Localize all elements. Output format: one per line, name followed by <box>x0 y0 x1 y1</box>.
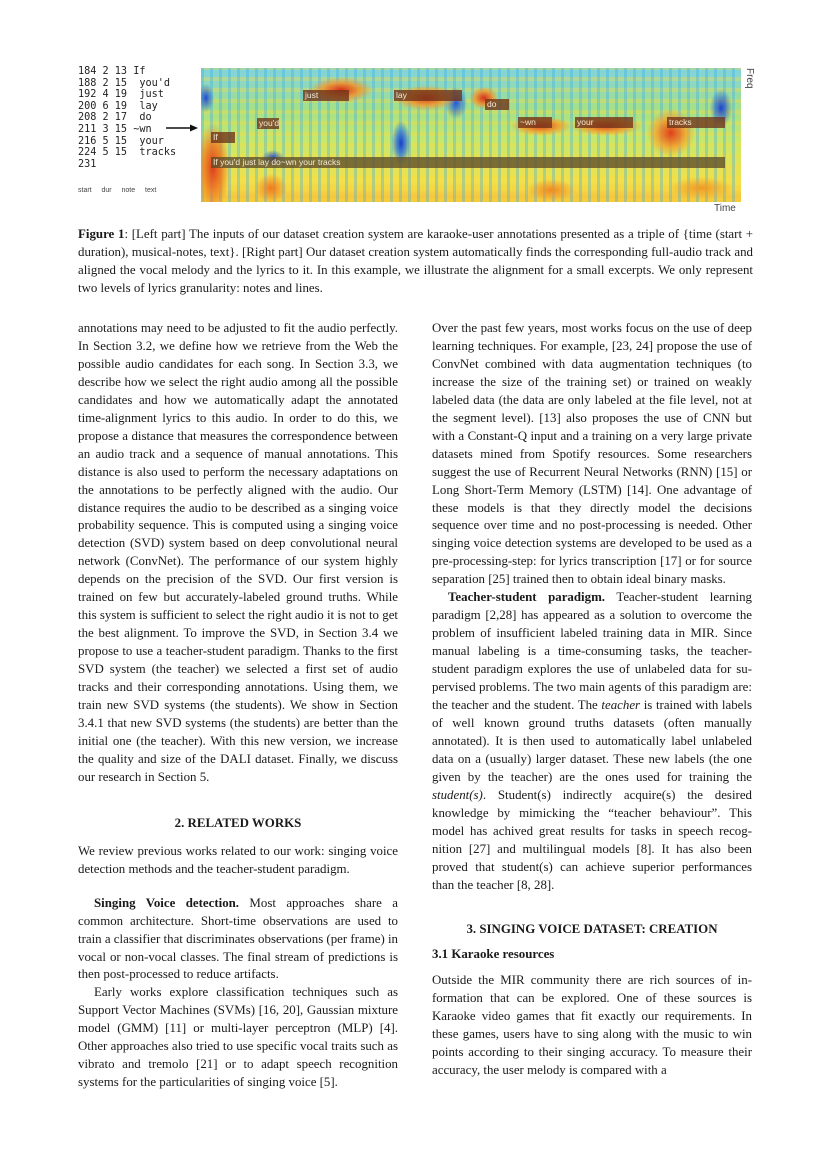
svd-paragraph-2: Early works explore classification techn… <box>78 984 398 1092</box>
deep-learning-paragraph: Over the past few years, most works focu… <box>432 320 752 589</box>
section-3-heading: 3. SINGING VOICE DATASET: CREATION <box>432 921 752 939</box>
section-2-heading: 2. RELATED WORKS <box>78 815 398 833</box>
caption-label: Figure 1 <box>78 227 124 241</box>
figure-caption: Figure 1: [Left part] The inputs of our … <box>78 226 753 298</box>
annotation-legend: start dur note text <box>78 187 156 194</box>
note-segment: tracks <box>667 117 725 128</box>
annotation-row: 224 5 15 tracks <box>78 147 198 159</box>
teacher-student-text-c: . Student(s) indirectly acquire(s) the d… <box>432 788 752 892</box>
caption-text: : [Left part] The inputs of our dataset … <box>78 227 753 295</box>
arrow-right-icon <box>166 124 198 132</box>
annotation-row: 216 5 15 your <box>78 136 198 148</box>
svd-paragraph-1: Singing Voice detection. Most approaches… <box>78 895 398 985</box>
line-segment: If you'd just lay do~wn your tracks <box>211 157 725 168</box>
note-segment: ~wn <box>518 117 552 128</box>
annotation-row: 200 6 19 lay <box>78 101 198 113</box>
figure-1: 184 2 13 If 188 2 15 you'd 192 4 19 just… <box>78 62 758 222</box>
note-segment: lay <box>394 90 462 101</box>
annotation-row: 231 <box>78 159 198 171</box>
annotation-list: 184 2 13 If 188 2 15 you'd 192 4 19 just… <box>78 66 198 170</box>
y-axis-label: Freq <box>744 68 755 89</box>
note-segment: do <box>485 99 509 110</box>
students-emphasis: student(s) <box>432 788 483 802</box>
intro-paragraph: annotations may need to be adjusted to f… <box>78 320 398 787</box>
annotation-row: 184 2 13 If <box>78 66 198 78</box>
x-axis-label: Time <box>714 203 736 214</box>
teacher-student-run-in-heading: Teacher-student paradigm. <box>448 590 605 604</box>
teacher-student-paragraph: Teacher-student paradigm. Teacher-studen… <box>432 589 752 894</box>
teacher-emphasis: teacher <box>601 698 640 712</box>
left-column: annotations may need to be adjusted to f… <box>78 320 398 1092</box>
note-segment: just <box>303 90 349 101</box>
teacher-student-text-a: Teacher-student learning paradigm [2,28]… <box>432 590 752 712</box>
annotation-row: 192 4 19 just <box>78 89 198 101</box>
note-segment: If <box>211 132 235 143</box>
annotation-row: 188 2 15 you'd <box>78 78 198 90</box>
karaoke-paragraph: Outside the MIR community there are rich… <box>432 972 752 1080</box>
note-segment: your <box>575 117 633 128</box>
subsection-3-1-heading: 3.1 Karaoke resources <box>432 946 752 964</box>
svd-run-in-heading: Singing Voice detection. <box>94 896 239 910</box>
right-column: Over the past few years, most works focu… <box>432 320 752 1080</box>
spectrogram: If you'd just lay do ~wn your tracks If … <box>201 68 741 202</box>
annotation-row: 208 2 17 do <box>78 112 198 124</box>
section-2-intro: We review previous works related to our … <box>78 843 398 879</box>
note-segment: you'd <box>257 118 279 129</box>
